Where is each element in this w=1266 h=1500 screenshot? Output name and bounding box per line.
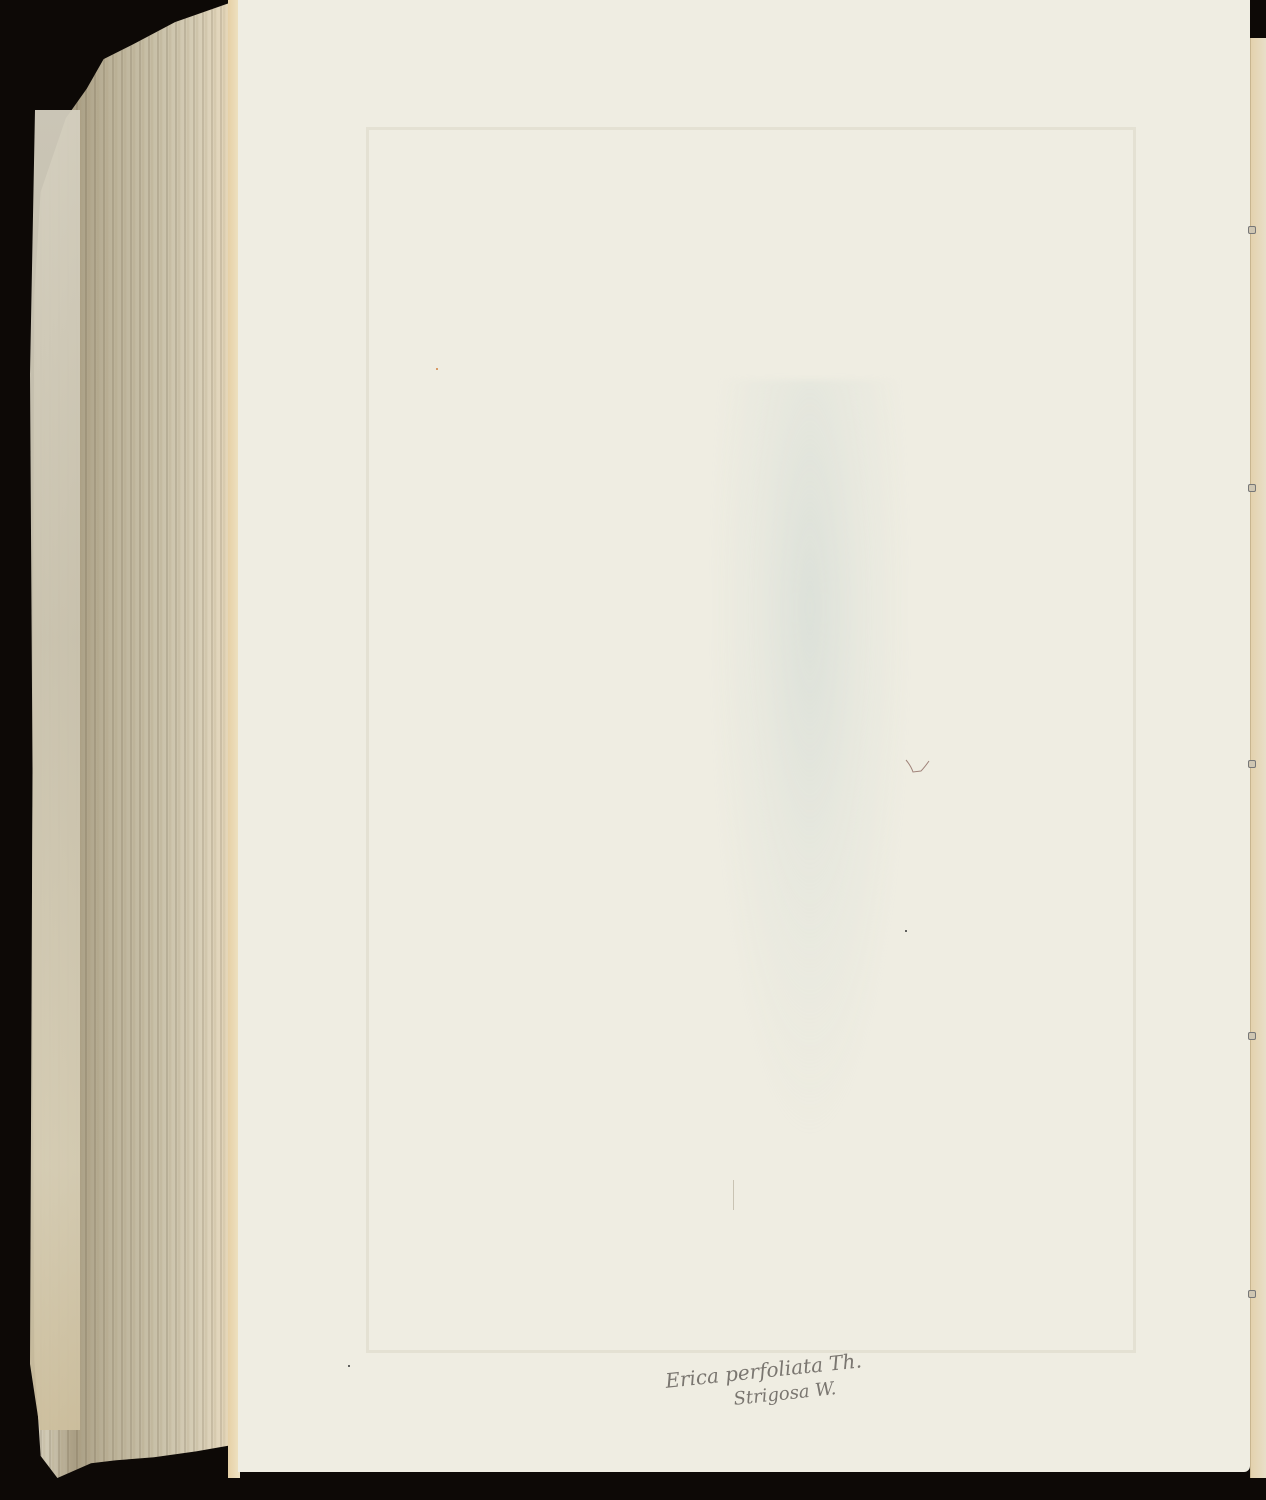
binding-stitch: [1248, 1290, 1256, 1298]
speck: [348, 1365, 350, 1367]
speck: [436, 368, 438, 370]
binding-stitch: [1248, 484, 1256, 492]
binding-stitch: [1248, 760, 1256, 768]
binding-stitch: [1248, 1032, 1256, 1040]
faint-plant-offset-image: [710, 380, 910, 1140]
plant-stem-mark: [733, 1180, 734, 1210]
left-inserted-sheets: [30, 110, 80, 1430]
binding-stitch: [1248, 226, 1256, 234]
speck: [905, 930, 907, 932]
hair-fiber-mark: [905, 758, 931, 774]
right-facing-page-edge: [1250, 38, 1266, 1478]
